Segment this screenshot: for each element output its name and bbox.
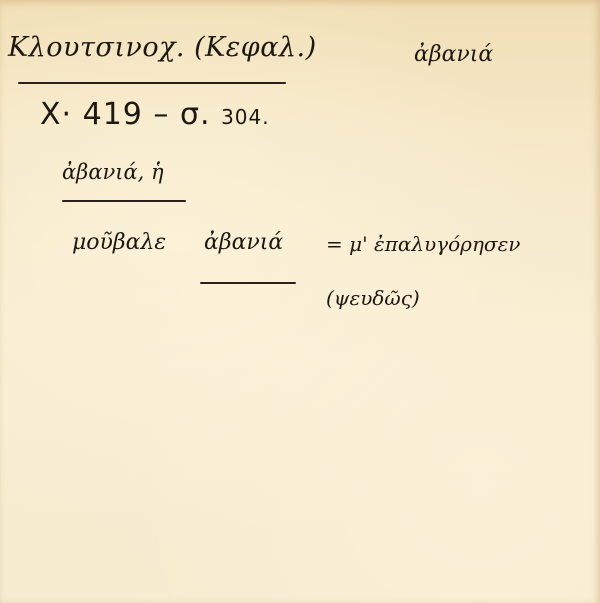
keyword-top-right: ἀβανιά <box>414 44 493 66</box>
reference-prefix: Χ· 419 – σ. <box>40 97 211 132</box>
card-heading: Κλουτσινοχ. (Κεφαλ.) <box>8 34 317 61</box>
index-card: Κλουτσινοχ. (Κεφαλ.) ἀβανιά Χ· 419 – σ. … <box>0 0 600 603</box>
entry-word: ἀβανιά, ἡ <box>62 162 164 183</box>
reference-line: Χ· 419 – σ. 304. <box>40 100 270 130</box>
entry-underline <box>62 200 186 202</box>
example-note: (ψευδῶς) <box>326 288 420 308</box>
heading-underline <box>18 82 286 84</box>
example-gloss: = μ' ἐπαλυγόρησεν <box>326 234 520 254</box>
example-phrase-start: μοῦβαλε <box>72 232 166 254</box>
example-phrase-keyword: ἀβανιά <box>204 232 283 254</box>
keyword-underline <box>200 282 296 284</box>
reference-page: 304. <box>221 105 270 129</box>
